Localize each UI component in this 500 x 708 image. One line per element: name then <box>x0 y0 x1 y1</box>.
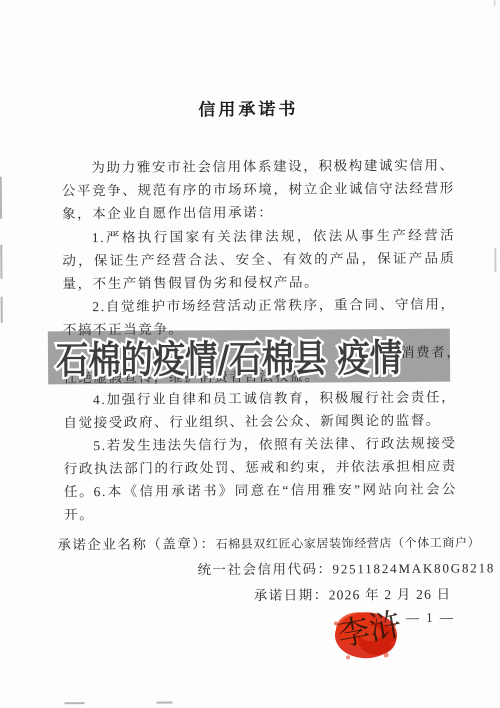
scanned-document: 信用承诺书 为助力雅安市社会信用体系建设，积极构建诚实信用、公平竞争、规范有序的… <box>0 0 500 708</box>
commitment-date-line: 承诺日期： 2026 年 2 月 26 日 <box>254 583 452 604</box>
enterprise-name-label: 承诺企业名称（盖章）： <box>57 532 215 553</box>
commitment-item-2: 2.自觉维护市场经营活动正常秩序，重合同、守信用，不搞不正当竞争。 <box>63 293 456 342</box>
scan-artifact-left-1 <box>0 177 2 219</box>
scan-artifact-bottom-1 <box>64 702 84 704</box>
commitment-item-3-visible-tail: 消费者， <box>401 341 462 361</box>
commitment-item-1: 1.严格执行国家有关法律法规，依法从事生产经营活动，保证生产经营合法、安全、有效… <box>62 224 455 296</box>
commitment-date-value: 2026 年 2 月 26 日 <box>329 583 452 604</box>
commitment-item-6: 6.本《信用承诺书》同意在“信用雅安”网站向社会公开。 <box>64 478 457 527</box>
commitment-date-label: 承诺日期： <box>254 583 329 604</box>
credit-code-label: 统一社会信用代码： <box>197 557 332 578</box>
scan-artifact-left-2 <box>0 245 2 279</box>
intro-paragraph: 为助力雅安市社会信用体系建设，积极构建诚实信用、公平竞争、规范有序的市场环境，树… <box>62 154 455 226</box>
document-page: 信用承诺书 为助力雅安市社会信用体系建设，积极构建诚实信用、公平竞争、规范有序的… <box>0 0 500 708</box>
scan-artifact-bottom-2 <box>156 702 172 704</box>
credit-code-value: 92511824MAK80G8218 <box>332 560 495 577</box>
scan-artifact-left-3 <box>1 297 3 323</box>
enterprise-name-line: 承诺企业名称（盖章）： 石棉县双红匠心家居装饰经营店（个体工商户） <box>57 530 480 553</box>
commitment-item-3-prefix: 3. <box>92 343 105 359</box>
page-number: — 1 — <box>406 610 455 626</box>
document-title: 信用承诺书 <box>0 93 498 121</box>
scan-artifact-top <box>494 0 496 6</box>
credit-code-line: 统一社会信用代码： 92511824MAK80G8218 <box>197 556 495 578</box>
commitment-item-4: 4.加强行业自律和员工诚信教育，积极履行社会责任，自觉接受政府、行业组织、社会公… <box>63 386 456 435</box>
commitment-item-3-line2: 杜绝虚假宣传，维护消费者合法权益。 <box>63 365 320 387</box>
scan-artifact-right <box>494 248 496 272</box>
enterprise-name-value: 石棉县双红匠心家居装饰经营店（个体工商户） <box>216 533 481 552</box>
red-seal-stamp: 李浒 <box>328 603 402 664</box>
